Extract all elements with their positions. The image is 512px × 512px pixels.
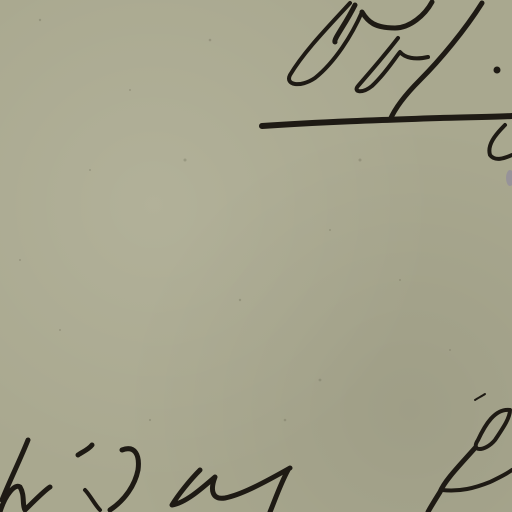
ink-smudge — [506, 170, 512, 186]
top-signature — [262, 2, 512, 159]
bottom-right-script — [428, 394, 512, 512]
paper-speckles — [19, 19, 451, 422]
paper-background: Close-up of handwritten ink script on ag… — [0, 0, 512, 512]
bottom-left-script — [0, 440, 290, 512]
handwriting-strokes — [0, 0, 512, 512]
